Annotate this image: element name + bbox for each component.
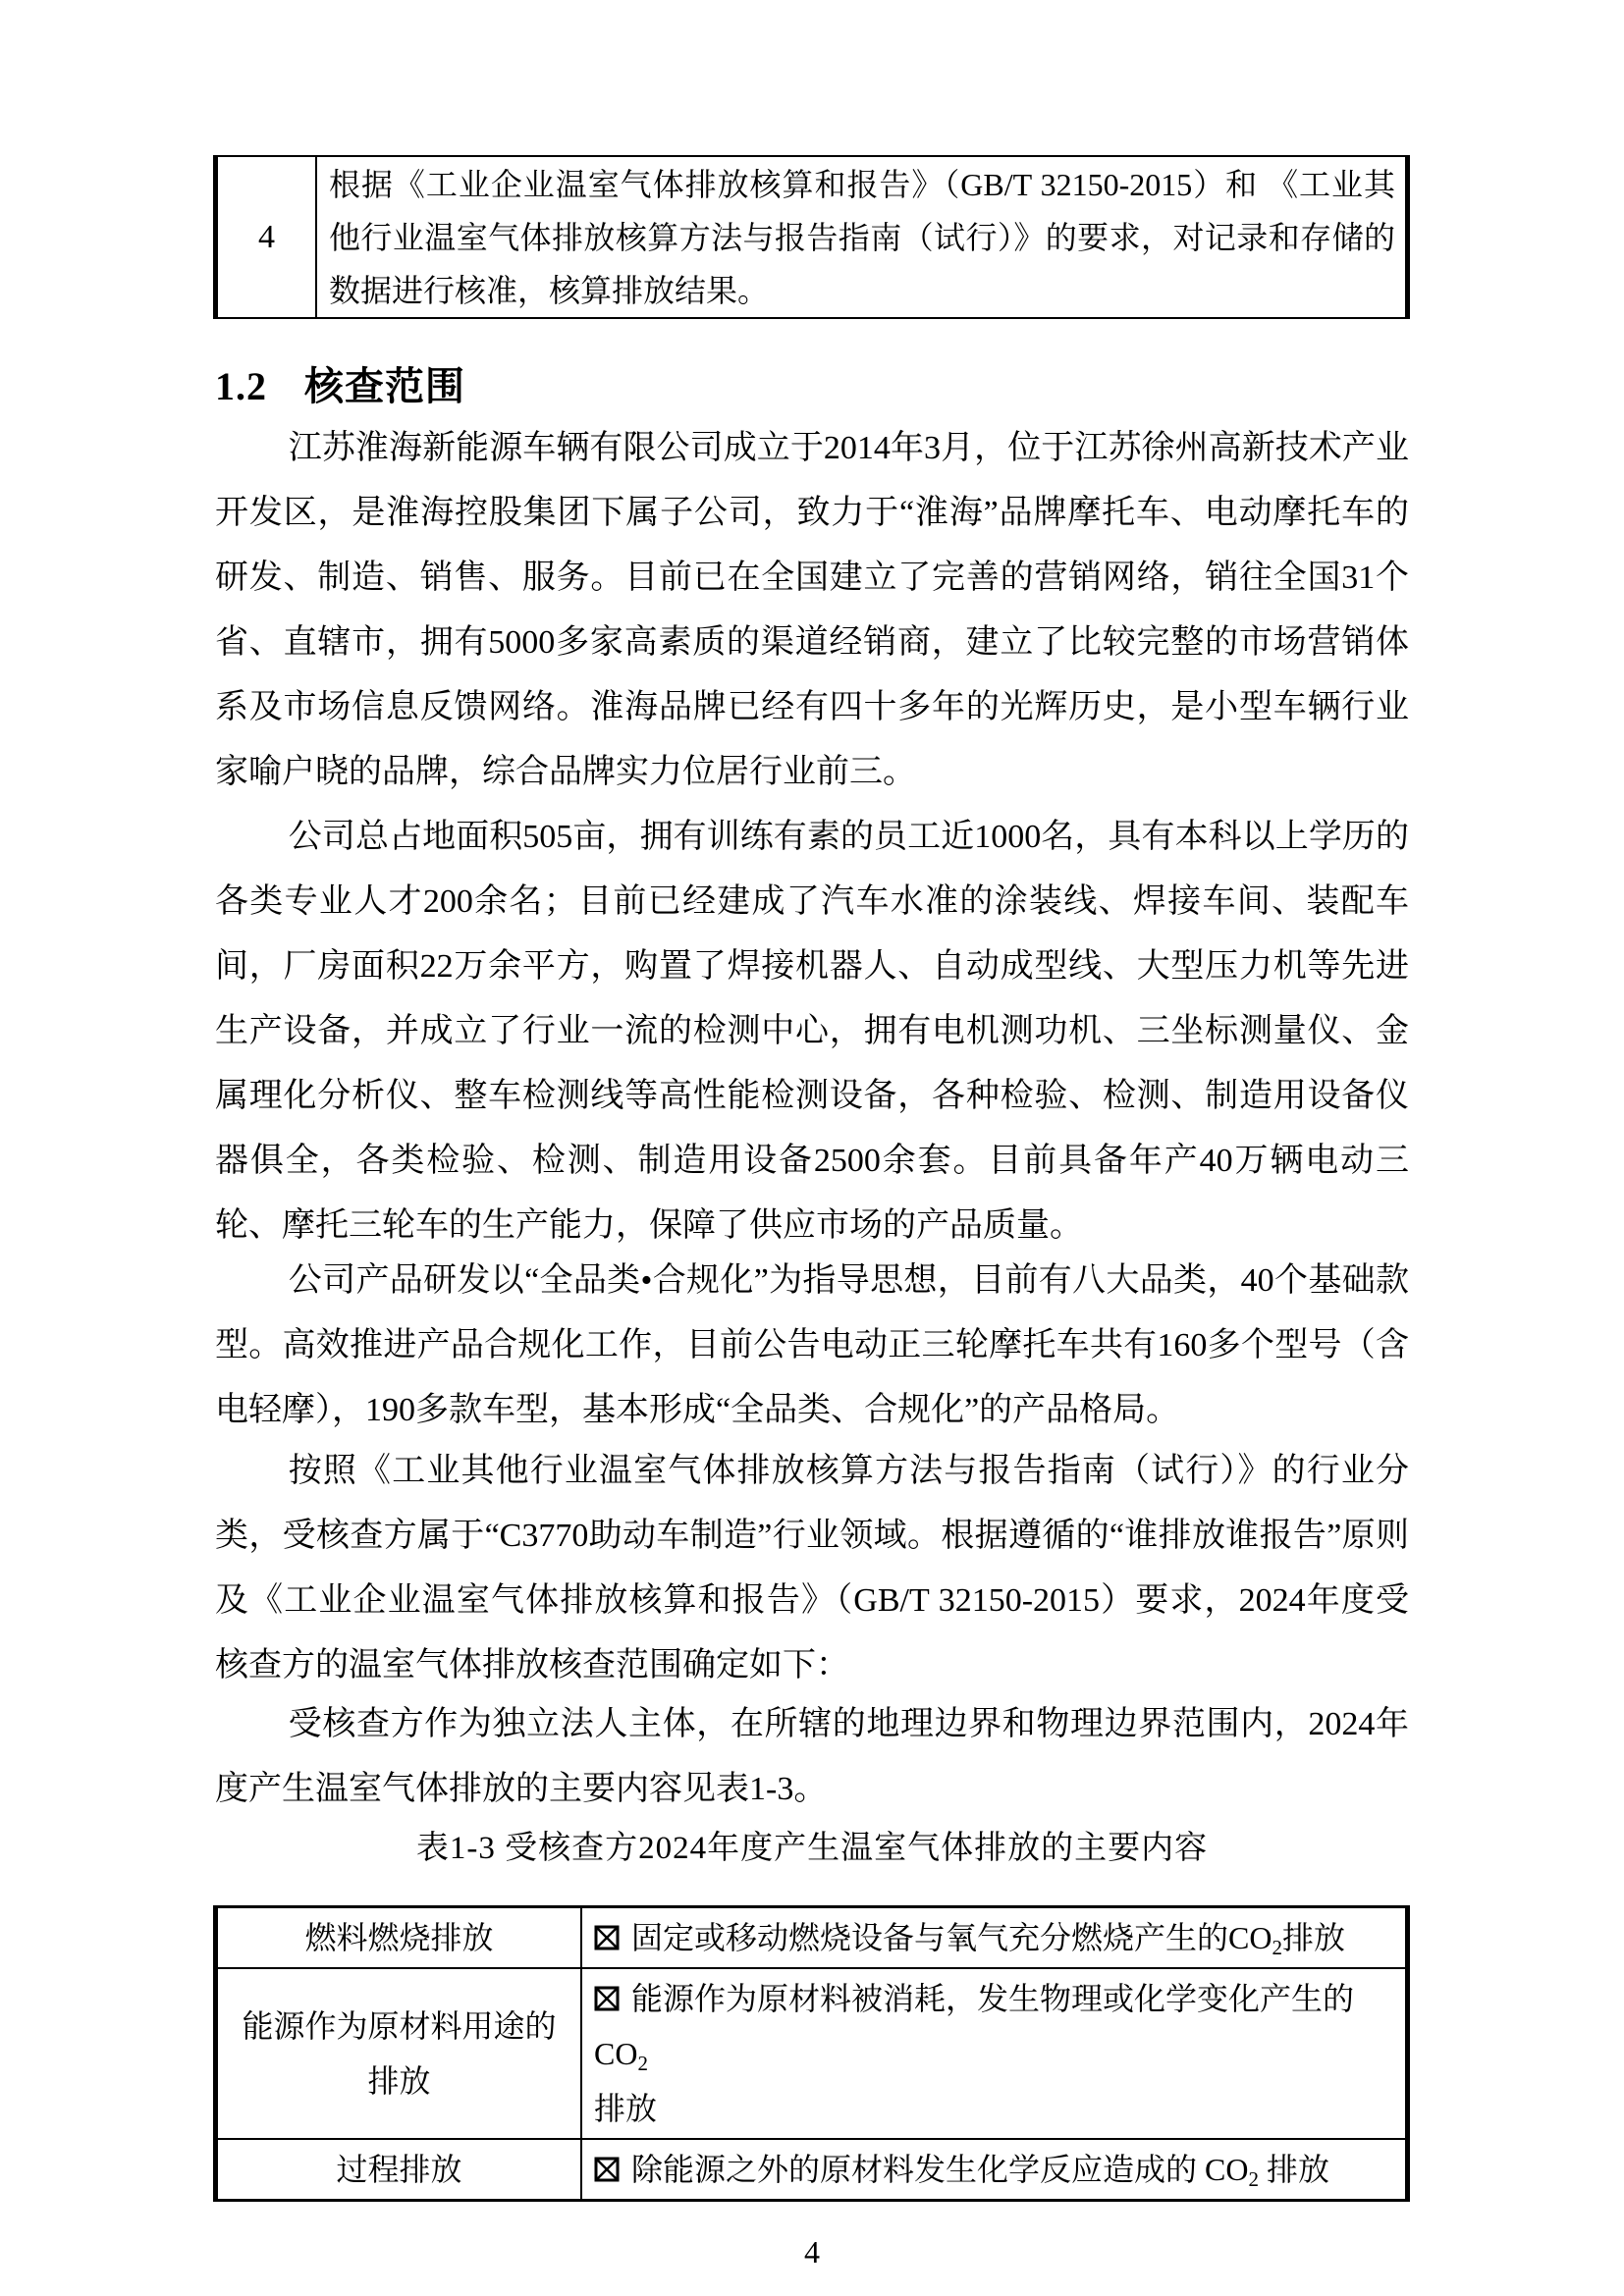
section-title: 核查范围 bbox=[304, 364, 465, 408]
category-cell: 过程排放 bbox=[218, 2140, 582, 2199]
category-cell: 燃料燃烧排放 bbox=[218, 1908, 582, 1967]
description-text-tail: 排放 bbox=[1282, 1920, 1345, 1955]
description-text-tail: 排放 bbox=[1259, 2152, 1329, 2187]
table-row-fuel-combustion: 燃料燃烧排放 固定或移动燃烧设备与氧气充分燃烧产生的CO2排放 bbox=[218, 1908, 1405, 1967]
section-number: 1.2 bbox=[215, 364, 267, 408]
description-text: 能源作为原材料被消耗，发生物理或化学变化产生的CO bbox=[594, 1981, 1354, 2071]
row-text-cell: 根据《工业企业温室气体排放核算和报告》（GB/T 32150-2015）和 《工… bbox=[317, 157, 1405, 317]
description-cell: 能源作为原材料被消耗，发生物理或化学变化产生的CO2排放 bbox=[582, 1969, 1405, 2138]
description-text: 除能源之外的原材料发生化学反应造成的 CO bbox=[631, 2152, 1248, 2187]
paragraph-facilities: 公司总占地面积505亩，拥有训练有素的员工近1000名，具有本科以上学历的各类专… bbox=[215, 805, 1409, 1258]
page-number: 4 bbox=[0, 2234, 1624, 2270]
paragraph-industry-classification: 按照《工业其他行业温室气体排放核算方法与报告指南（试行）》的行业分类，受核查方属… bbox=[215, 1439, 1409, 1698]
co2-subscript: 2 bbox=[1272, 1936, 1282, 1959]
paragraph-boundary: 受核查方作为独立法人主体，在所辖的地理边界和物理边界范围内，2024年度产生温室… bbox=[215, 1692, 1409, 1822]
table-row-energy-as-raw-material: 能源作为原材料用途的排放 能源作为原材料被消耗，发生物理或化学变化产生的CO2排… bbox=[218, 1967, 1405, 2138]
checkbox-checked-icon bbox=[594, 2157, 620, 2182]
continuation-table: 4 根据《工业企业温室气体排放核算和报告》（GB/T 32150-2015）和 … bbox=[213, 155, 1410, 319]
table-caption: 表1-3 受核查方2024年度产生温室气体排放的主要内容 bbox=[215, 1828, 1409, 1869]
section-heading: 1.2核查范围 bbox=[215, 355, 465, 411]
row-number-cell: 4 bbox=[218, 157, 317, 317]
description-cell: 除能源之外的原材料发生化学反应造成的 CO2 排放 bbox=[582, 2140, 1405, 2199]
checkbox-checked-icon bbox=[594, 1925, 620, 1950]
co2-subscript: 2 bbox=[637, 2052, 648, 2075]
document-page: 4 根据《工业企业温室气体排放核算和报告》（GB/T 32150-2015）和 … bbox=[0, 0, 1624, 2296]
category-cell: 能源作为原材料用途的排放 bbox=[218, 1969, 582, 2138]
co2-subscript: 2 bbox=[1248, 2167, 1259, 2191]
description-cell: 固定或移动燃烧设备与氧气充分燃烧产生的CO2排放 bbox=[582, 1908, 1405, 1967]
table-row-process-emission: 过程排放 除能源之外的原材料发生化学反应造成的 CO2 排放 bbox=[218, 2138, 1405, 2199]
emissions-table: 燃料燃烧排放 固定或移动燃烧设备与氧气充分燃烧产生的CO2排放 能源作为原材料用… bbox=[213, 1905, 1410, 2202]
paragraph-company-intro: 江苏淮海新能源车辆有限公司成立于2014年3月，位于江苏徐州高新技术产业开发区，… bbox=[215, 416, 1409, 805]
paragraph-products: 公司产品研发以“全品类•合规化”为指导思想，目前有八大品类，40个基础款型。高效… bbox=[215, 1249, 1409, 1443]
checkbox-checked-icon bbox=[594, 1986, 620, 2011]
description-text-tail: 排放 bbox=[594, 2091, 657, 2126]
description-text: 固定或移动燃烧设备与氧气充分燃烧产生的CO bbox=[631, 1920, 1272, 1955]
